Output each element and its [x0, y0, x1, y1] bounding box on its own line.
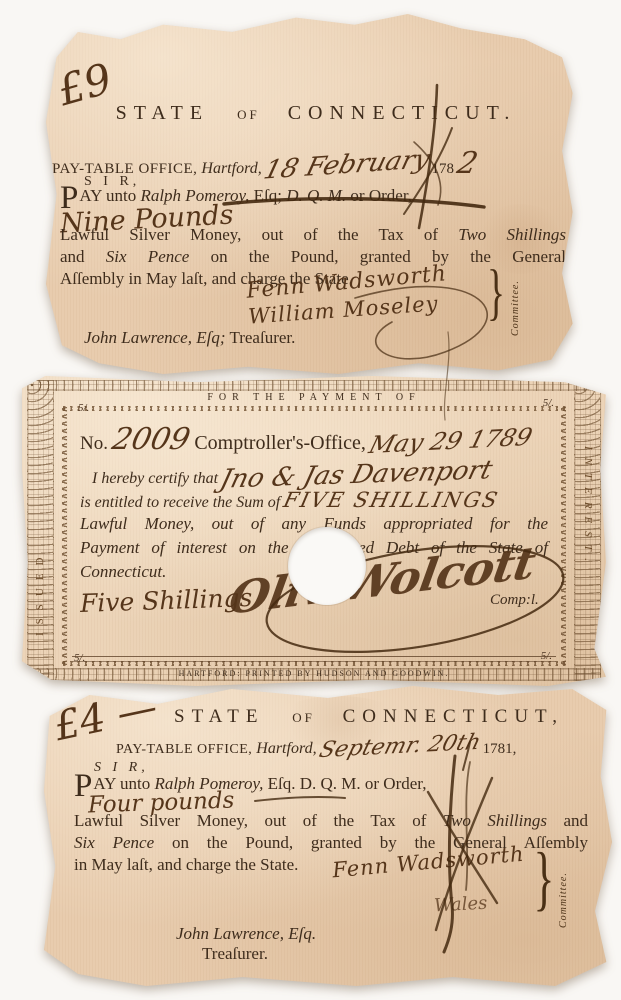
- title-state: STATE: [174, 706, 264, 727]
- esq-abbrev: Eſq;: [249, 186, 286, 205]
- committee-brace: }: [530, 844, 558, 911]
- or-order: or Order,: [346, 186, 412, 205]
- title-of: OF: [292, 710, 315, 725]
- entitled-text: is entitled to receive the Sum of: [80, 494, 284, 511]
- vine-border-top: [62, 406, 566, 411]
- interest-side-label: INTEREST.: [582, 446, 594, 636]
- pay-order-1781-paper: £4 — STATE OF CONNECTICUT, PAY-TABLE OFF…: [44, 686, 612, 986]
- treasurer-title: Treaſurer.: [229, 328, 295, 347]
- treasurer-name: John Lawrence, Eſq.: [176, 924, 316, 944]
- committee-brace: }: [484, 262, 508, 320]
- certify-text: I hereby certify that: [92, 470, 222, 487]
- body-1a: Lawful Silver Money, out of the Tax of: [60, 225, 458, 244]
- body-2a-italic: Six Pence: [74, 833, 154, 852]
- certificate-number: 2009: [109, 422, 193, 457]
- brace-glyph: }: [533, 836, 554, 920]
- entitled-line: is entitled to receive the Sum of FIVE S…: [80, 488, 499, 512]
- document-title: STATE OF CONNECTICUT.: [76, 102, 556, 125]
- pay-order-1781: £4 — STATE OF CONNECTICUT, PAY-TABLE OFF…: [44, 686, 612, 986]
- printed-year: 1781,: [483, 741, 517, 757]
- certificate-body-3: Connecticut.: [80, 562, 166, 582]
- pay-tail: Eſq. D. Q. M. or Order,: [263, 774, 426, 793]
- body-2a: and: [60, 247, 106, 266]
- scanned-documents-page: £9 STATE OF CONNECTICUT. PAY-TABLE OFFIC…: [0, 0, 621, 1000]
- pay-order-1782: £9 STATE OF CONNECTICUT. PAY-TABLE OFFIC…: [46, 14, 578, 374]
- denomination-mark-tl: 5/.: [78, 402, 89, 414]
- committee-label: Committee.: [558, 848, 569, 928]
- denomination-mark-tr: 5/.: [543, 397, 554, 409]
- brace-glyph: }: [487, 255, 505, 328]
- treasurer-line: John Lawrence, Eſq; Treaſurer.: [84, 328, 295, 348]
- body-line-1: Lawful Silver Money, out of the Tax of T…: [74, 810, 588, 832]
- bottom-rule: [72, 656, 556, 662]
- payment-header: FOR THE PAYMENT OF: [22, 392, 606, 403]
- printer-imprint: HARTFORD: PRINTED BY HUDSON AND GOODWIN.: [22, 669, 606, 678]
- office-date-line: PAY-TABLE OFFICE, Hartford, Septemr. 20t…: [116, 734, 516, 759]
- certificate-date: May 29 1789: [366, 423, 535, 459]
- handwritten-year-digit: 2: [454, 146, 481, 181]
- treasurer-name: John Lawrence, Eſq;: [84, 328, 225, 347]
- pay-order-1782-paper: £9 STATE OF CONNECTICUT. PAY-TABLE OFFIC…: [46, 14, 578, 374]
- signature-wales: Wales: [433, 893, 487, 917]
- place-label: Hartford,: [256, 740, 316, 757]
- vine-border-right: [561, 406, 566, 666]
- body-1a: Lawful Silver Money, out of the Tax of: [74, 811, 443, 830]
- title-connecticut: CONNECTICUT.: [288, 102, 517, 124]
- issued-side-label: ISSUED: [34, 466, 46, 636]
- comptroller-abbrev: Comp:l.: [490, 592, 539, 609]
- title-state: STATE: [116, 102, 209, 124]
- pay-unto: AY unto: [79, 186, 140, 205]
- body-1b-italic: Two Shillings: [443, 811, 547, 830]
- body-1c: and: [547, 811, 588, 830]
- treasurer-title: Treaſurer.: [202, 944, 268, 964]
- office-label: PAY-TABLE OFFICE,: [116, 742, 252, 757]
- cancellation-hole: [288, 527, 366, 605]
- number-office-date-line: No. 2009 Comptroller's-Office, May 29 17…: [80, 422, 530, 457]
- printed-year: 178: [432, 161, 455, 177]
- pay-line: PAY unto Ralph Pomeroy, Eſq; D. Q. M. or…: [60, 186, 412, 207]
- handwritten-date: 18 February: [260, 144, 433, 185]
- certify-line: I hereby certify that Jno & Jas Davenpor…: [92, 460, 490, 490]
- document-title: STATE OF CONNECTICUT,: [134, 706, 604, 728]
- handwritten-date: Septemr. 20th: [316, 730, 483, 763]
- certificate-sum-caps: FIVE SHILLINGS: [281, 488, 501, 512]
- frame-top: [27, 380, 601, 391]
- comptroller-office-label: Comptroller's-Office,: [194, 432, 366, 455]
- no-label: No.: [80, 433, 108, 455]
- body-1b-italic: Two Shillings: [458, 225, 566, 244]
- title-connecticut: CONNECTICUT,: [343, 706, 564, 727]
- vine-border-left: [62, 406, 67, 666]
- body-2b-italic: Six Pence: [106, 247, 190, 266]
- body-line-1: Lawful Silver Money, out of the Tax of T…: [60, 224, 566, 246]
- title-of: OF: [237, 107, 260, 122]
- place-label: Hartford,: [201, 160, 261, 177]
- committee-label: Committee.: [510, 264, 521, 336]
- dqm-abbrev: D. Q. M.: [286, 186, 346, 205]
